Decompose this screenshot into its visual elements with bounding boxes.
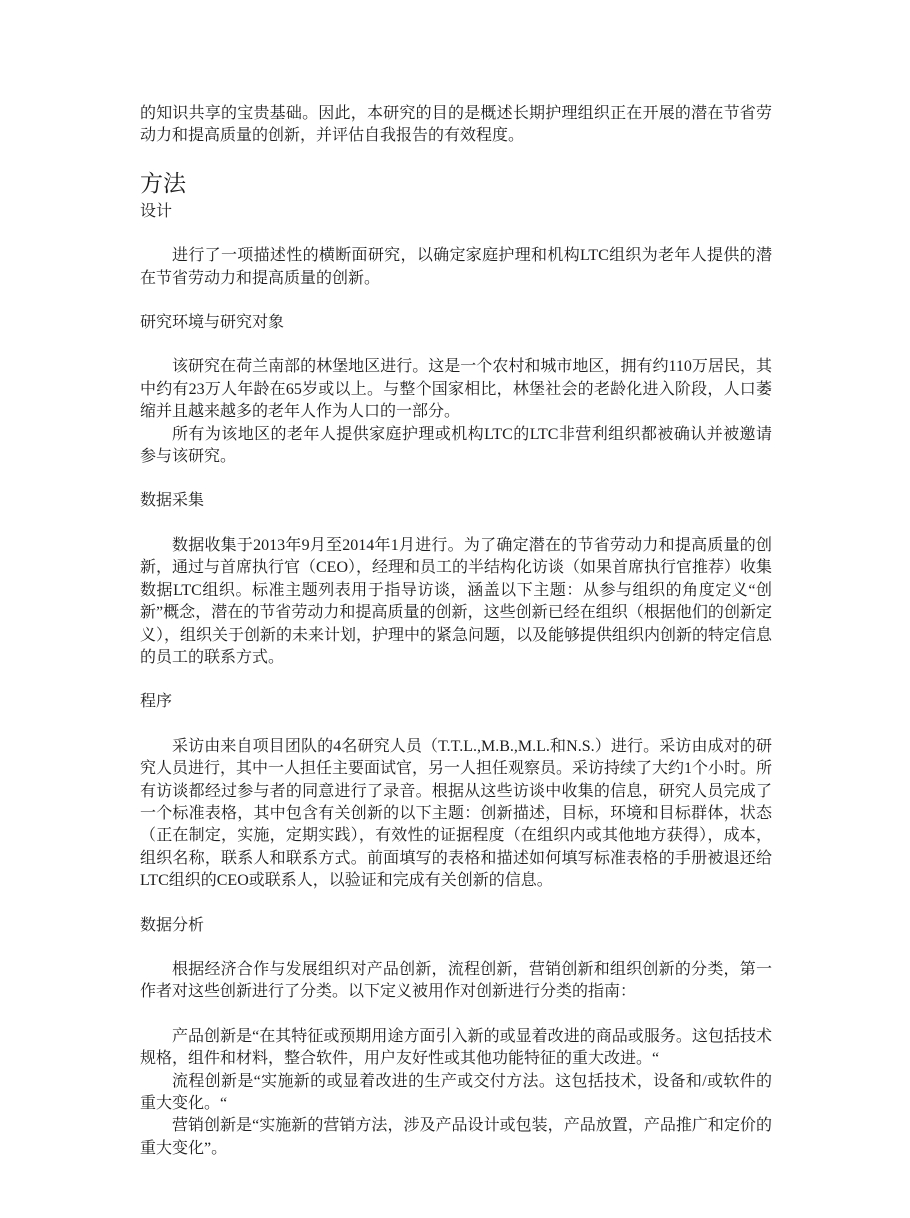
paragraph: 该研究在荷兰南部的林堡地区进行。这是一个农村和城市地区，拥有约110万居民，其中… <box>140 356 772 423</box>
subheading-design: 设计 <box>140 201 772 223</box>
subheading-procedure: 程序 <box>140 691 772 713</box>
paragraph: 所有为该地区的老年人提供家庭护理或机构LTC的LTC非营利组织都被确认并被邀请参… <box>140 424 772 469</box>
section-data-collection: 数据采集 数据收集于2013年9月至2014年1月进行。为了确定潜在的节省劳动力… <box>140 490 772 669</box>
subheading-setting-and-subjects: 研究环境与研究对象 <box>140 312 772 334</box>
section-data-analysis: 数据分析 根据经济合作与发展组织对产品创新，流程创新，营销创新和组织创新的分类，… <box>140 915 772 1161</box>
subheading-data-collection: 数据采集 <box>140 490 772 512</box>
paragraph: 数据收集于2013年9月至2014年1月进行。为了确定潜在的节省劳动力和提高质量… <box>140 535 772 669</box>
paragraph: 进行了一项描述性的横断面研究，以确定家庭护理和机构LTC组织为老年人提供的潜在节… <box>140 245 772 290</box>
paragraph: 根据经济合作与发展组织对产品创新，流程创新，营销创新和组织创新的分类，第一作者对… <box>140 959 772 1004</box>
paragraph-process-innovation-definition: 流程创新是“实施新的或显着改进的生产或交付方法。这包括技术，设备和/或软件的重大… <box>140 1071 772 1116</box>
heading-methods: 方法 <box>140 169 772 199</box>
document-page: 的知识共享的宝贵基础。因此，本研究的目的是概述长期护理组织正在开展的潜在节省劳动… <box>0 0 910 1218</box>
section-design: 设计 进行了一项描述性的横断面研究，以确定家庭护理和机构LTC组织为老年人提供的… <box>140 201 772 290</box>
innovation-definitions: 产品创新是“在其特征或预期用途方面引入新的或显着改进的商品或服务。这包括技术规格… <box>140 1026 772 1160</box>
section-setting-and-subjects: 研究环境与研究对象 该研究在荷兰南部的林堡地区进行。这是一个农村和城市地区，拥有… <box>140 312 772 468</box>
subheading-data-analysis: 数据分析 <box>140 915 772 937</box>
paragraph-marketing-innovation-definition: 营销创新是“实施新的营销方法，涉及产品设计或包装，产品放置，产品推广和定价的重大… <box>140 1115 772 1160</box>
paragraph: 采访由来自项目团队的4名研究人员（T.T.L.,M.B.,M.L.和N.S.）进… <box>140 736 772 893</box>
paragraph-product-innovation-definition: 产品创新是“在其特征或预期用途方面引入新的或显着改进的商品或服务。这包括技术规格… <box>140 1026 772 1071</box>
section-procedure: 程序 采访由来自项目团队的4名研究人员（T.T.L.,M.B.,M.L.和N.S… <box>140 691 772 892</box>
paragraph-lead-continuation: 的知识共享的宝贵基础。因此，本研究的目的是概述长期护理组织正在开展的潜在节省劳动… <box>140 103 772 148</box>
